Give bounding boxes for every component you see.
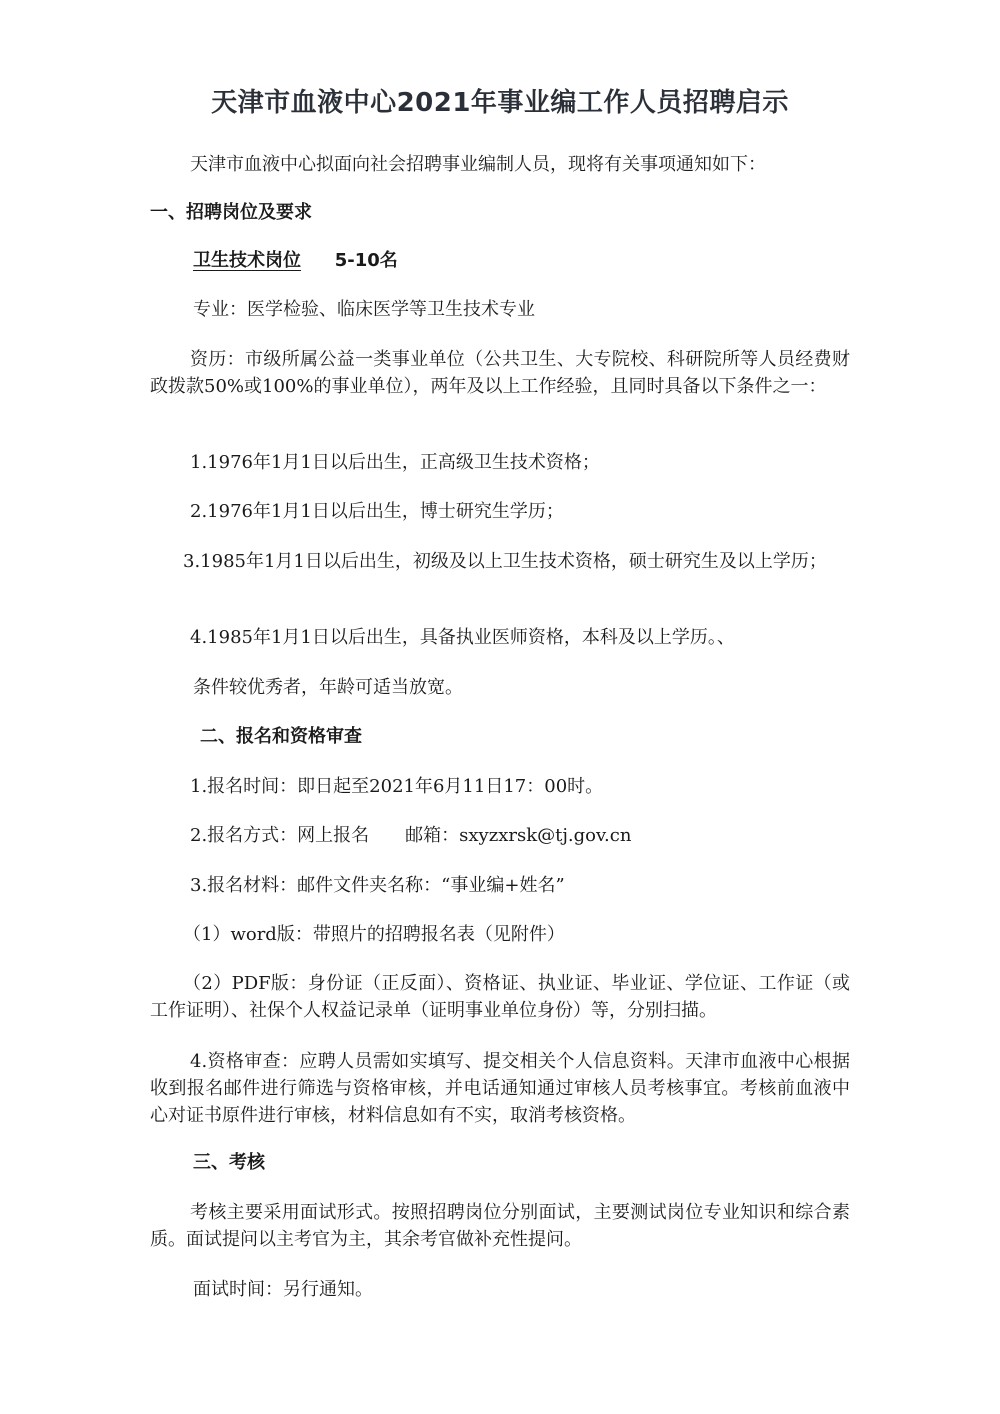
age-note: 条件较优秀者，年龄可适当放宽。 <box>193 675 463 701</box>
condition-4: 4.1985年1月1日以后出生，具备执业医师资格，本科及以上学历。、 <box>190 625 735 651</box>
condition-3: 3.1985年1月1日以后出生，初级及以上卫生技术资格，硕士研究生及以上学历； <box>150 548 850 575</box>
signup-time: 1.报名时间：即日起至2021年6月11日17：00时。 <box>190 774 603 800</box>
position-line: 卫生技术岗位 5-10名 <box>193 248 398 274</box>
assessment-text: 考核主要采用面试形式。按照招聘岗位分别面试，主要测试岗位专业知识和综合素质。面试… <box>150 1199 850 1253</box>
qualification-review: 4.资格审查：应聘人员需如实填写、提交相关个人信息资料。天津市血液中心根据收到报… <box>150 1048 850 1129</box>
document-title: 天津市血液中心2021年事业编工作人员招聘启示 <box>0 82 1000 119</box>
materials-word: （1）word版：带照片的招聘报名表（见附件） <box>183 922 565 948</box>
materials-pdf: （2）PDF版：身份证（正反面）、资格证、执业证、毕业证、学位证、工作证（或工作… <box>150 970 850 1024</box>
section3-heading: 三、考核 <box>193 1150 265 1176</box>
condition-2: 2.1976年1月1日以后出生，博士研究生学历； <box>190 499 564 525</box>
condition-1: 1.1976年1月1日以后出生，正高级卫生技术资格； <box>190 450 600 476</box>
section1-heading: 一、招聘岗位及要求 <box>150 200 312 226</box>
qualification-text: 资历：市级所属公益一类事业单位（公共卫生、大专院校、科研院所等人员经费财政拨款5… <box>150 346 850 400</box>
signup-method: 2.报名方式：网上报名 邮箱：sxyzxrsk@tj.gov.cn <box>190 823 631 849</box>
intro-text: 天津市血液中心拟面向社会招聘事业编制人员，现将有关事项通知如下： <box>190 152 766 178</box>
section2-heading: 二、报名和资格审查 <box>200 724 362 750</box>
major-text: 专业：医学检验、临床医学等卫生技术专业 <box>193 297 535 323</box>
position-count: 5-10名 <box>335 250 398 271</box>
signup-materials: 3.报名材料：邮件文件夹名称：“事业编+姓名” <box>190 873 565 899</box>
position-name: 卫生技术岗位 <box>193 250 301 271</box>
interview-time: 面试时间：另行通知。 <box>193 1277 373 1303</box>
